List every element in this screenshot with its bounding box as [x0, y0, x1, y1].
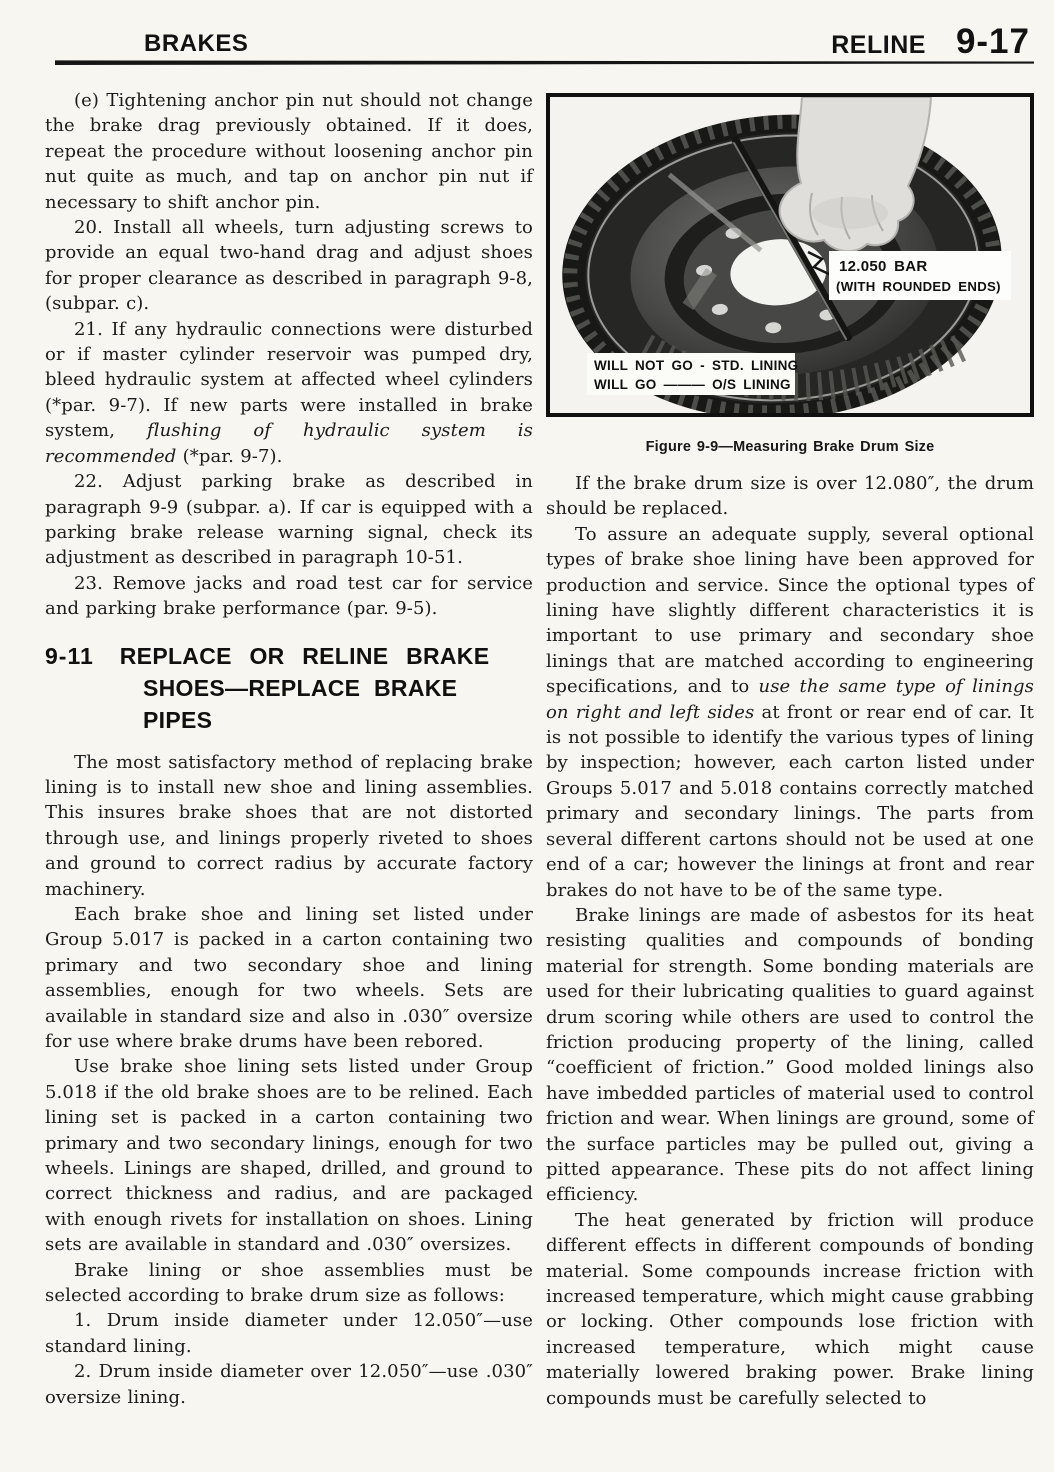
left-column: (e) Tightening anchor pin nut should not…: [45, 88, 533, 1410]
paragraph: Brake linings are made of asbestos for i…: [546, 903, 1034, 1208]
paragraph: To assure an adequate supply, several op…: [546, 522, 1034, 903]
brake-drum-photo: 12.050 BAR (WITH ROUNDED ENDS) WILL NOT …: [546, 93, 1034, 417]
figure-9-9: 12.050 BAR (WITH ROUNDED ENDS) WILL NOT …: [546, 93, 1034, 455]
paragraph: 23. Remove jacks and road test car for s…: [45, 571, 533, 622]
paragraph: If the brake drum size is over 12.080″, …: [546, 471, 1034, 522]
manual-page: BRAKES RELINE 9-17 (e) Tightening anchor…: [0, 0, 1054, 1472]
paragraph: 2. Drum inside diameter over 12.050″—use…: [45, 1359, 533, 1410]
bar-label-line1: 12.050 BAR: [839, 258, 928, 275]
right-column: 12.050 BAR (WITH ROUNDED ENDS) WILL NOT …: [546, 93, 1034, 1411]
paragraph: Each brake shoe and lining set listed un…: [45, 902, 533, 1054]
paragraph: 22. Adjust parking brake as described in…: [45, 469, 533, 571]
left-paragraphs-bottom: The most satisfactory method of replacin…: [45, 750, 533, 1411]
gauge-label-line2: WILL GO ——— O/S LINING: [594, 377, 791, 392]
paragraph: The most satisfactory method of replacin…: [45, 750, 533, 902]
section-title-line1: REPLACE OR RELINE BRAKE: [120, 640, 490, 672]
section-heading: 9-11 REPLACE OR RELINE BRAKE SHOES—REPLA…: [45, 640, 533, 736]
header-right: RELINE 9-17: [831, 22, 1030, 62]
paragraph: The heat generated by friction will prod…: [546, 1208, 1034, 1411]
section-title-line2: SHOES—REPLACE BRAKE PIPES: [143, 672, 533, 736]
paragraph: 20. Install all wheels, turn adjusting s…: [45, 215, 533, 317]
brake-drum-illustration: 12.050 BAR (WITH ROUNDED ENDS) WILL NOT …: [550, 97, 1030, 413]
paragraph: (e) Tightening anchor pin nut should not…: [45, 88, 533, 215]
page-number: 9-17: [956, 22, 1030, 62]
bar-callout-box: 12.050 BAR (WITH ROUNDED ENDS): [808, 251, 1011, 300]
right-paragraphs: If the brake drum size is over 12.080″, …: [546, 471, 1034, 1411]
gauge-callout-box: WILL NOT GO - STD. LINING WILL GO ——— O/…: [587, 353, 799, 395]
paragraph: 21. If any hydraulic connections were di…: [45, 317, 533, 469]
section-number: 9-11: [45, 640, 94, 672]
paragraph: 1. Drum inside diameter under 12.050″—us…: [45, 1308, 533, 1359]
left-paragraphs-top: (e) Tightening anchor pin nut should not…: [45, 88, 533, 622]
paragraph: Use brake shoe lining sets listed under …: [45, 1054, 533, 1257]
gauge-label-line1: WILL NOT GO - STD. LINING: [594, 358, 799, 373]
header-section-title: BRAKES: [144, 30, 248, 58]
figure-caption: Figure 9-9—Measuring Brake Drum Size: [546, 439, 1034, 455]
header-topic: RELINE: [831, 31, 926, 60]
bar-label-line2: (WITH ROUNDED ENDS): [836, 279, 1001, 294]
paragraph: Brake lining or shoe assemblies must be …: [45, 1258, 533, 1309]
